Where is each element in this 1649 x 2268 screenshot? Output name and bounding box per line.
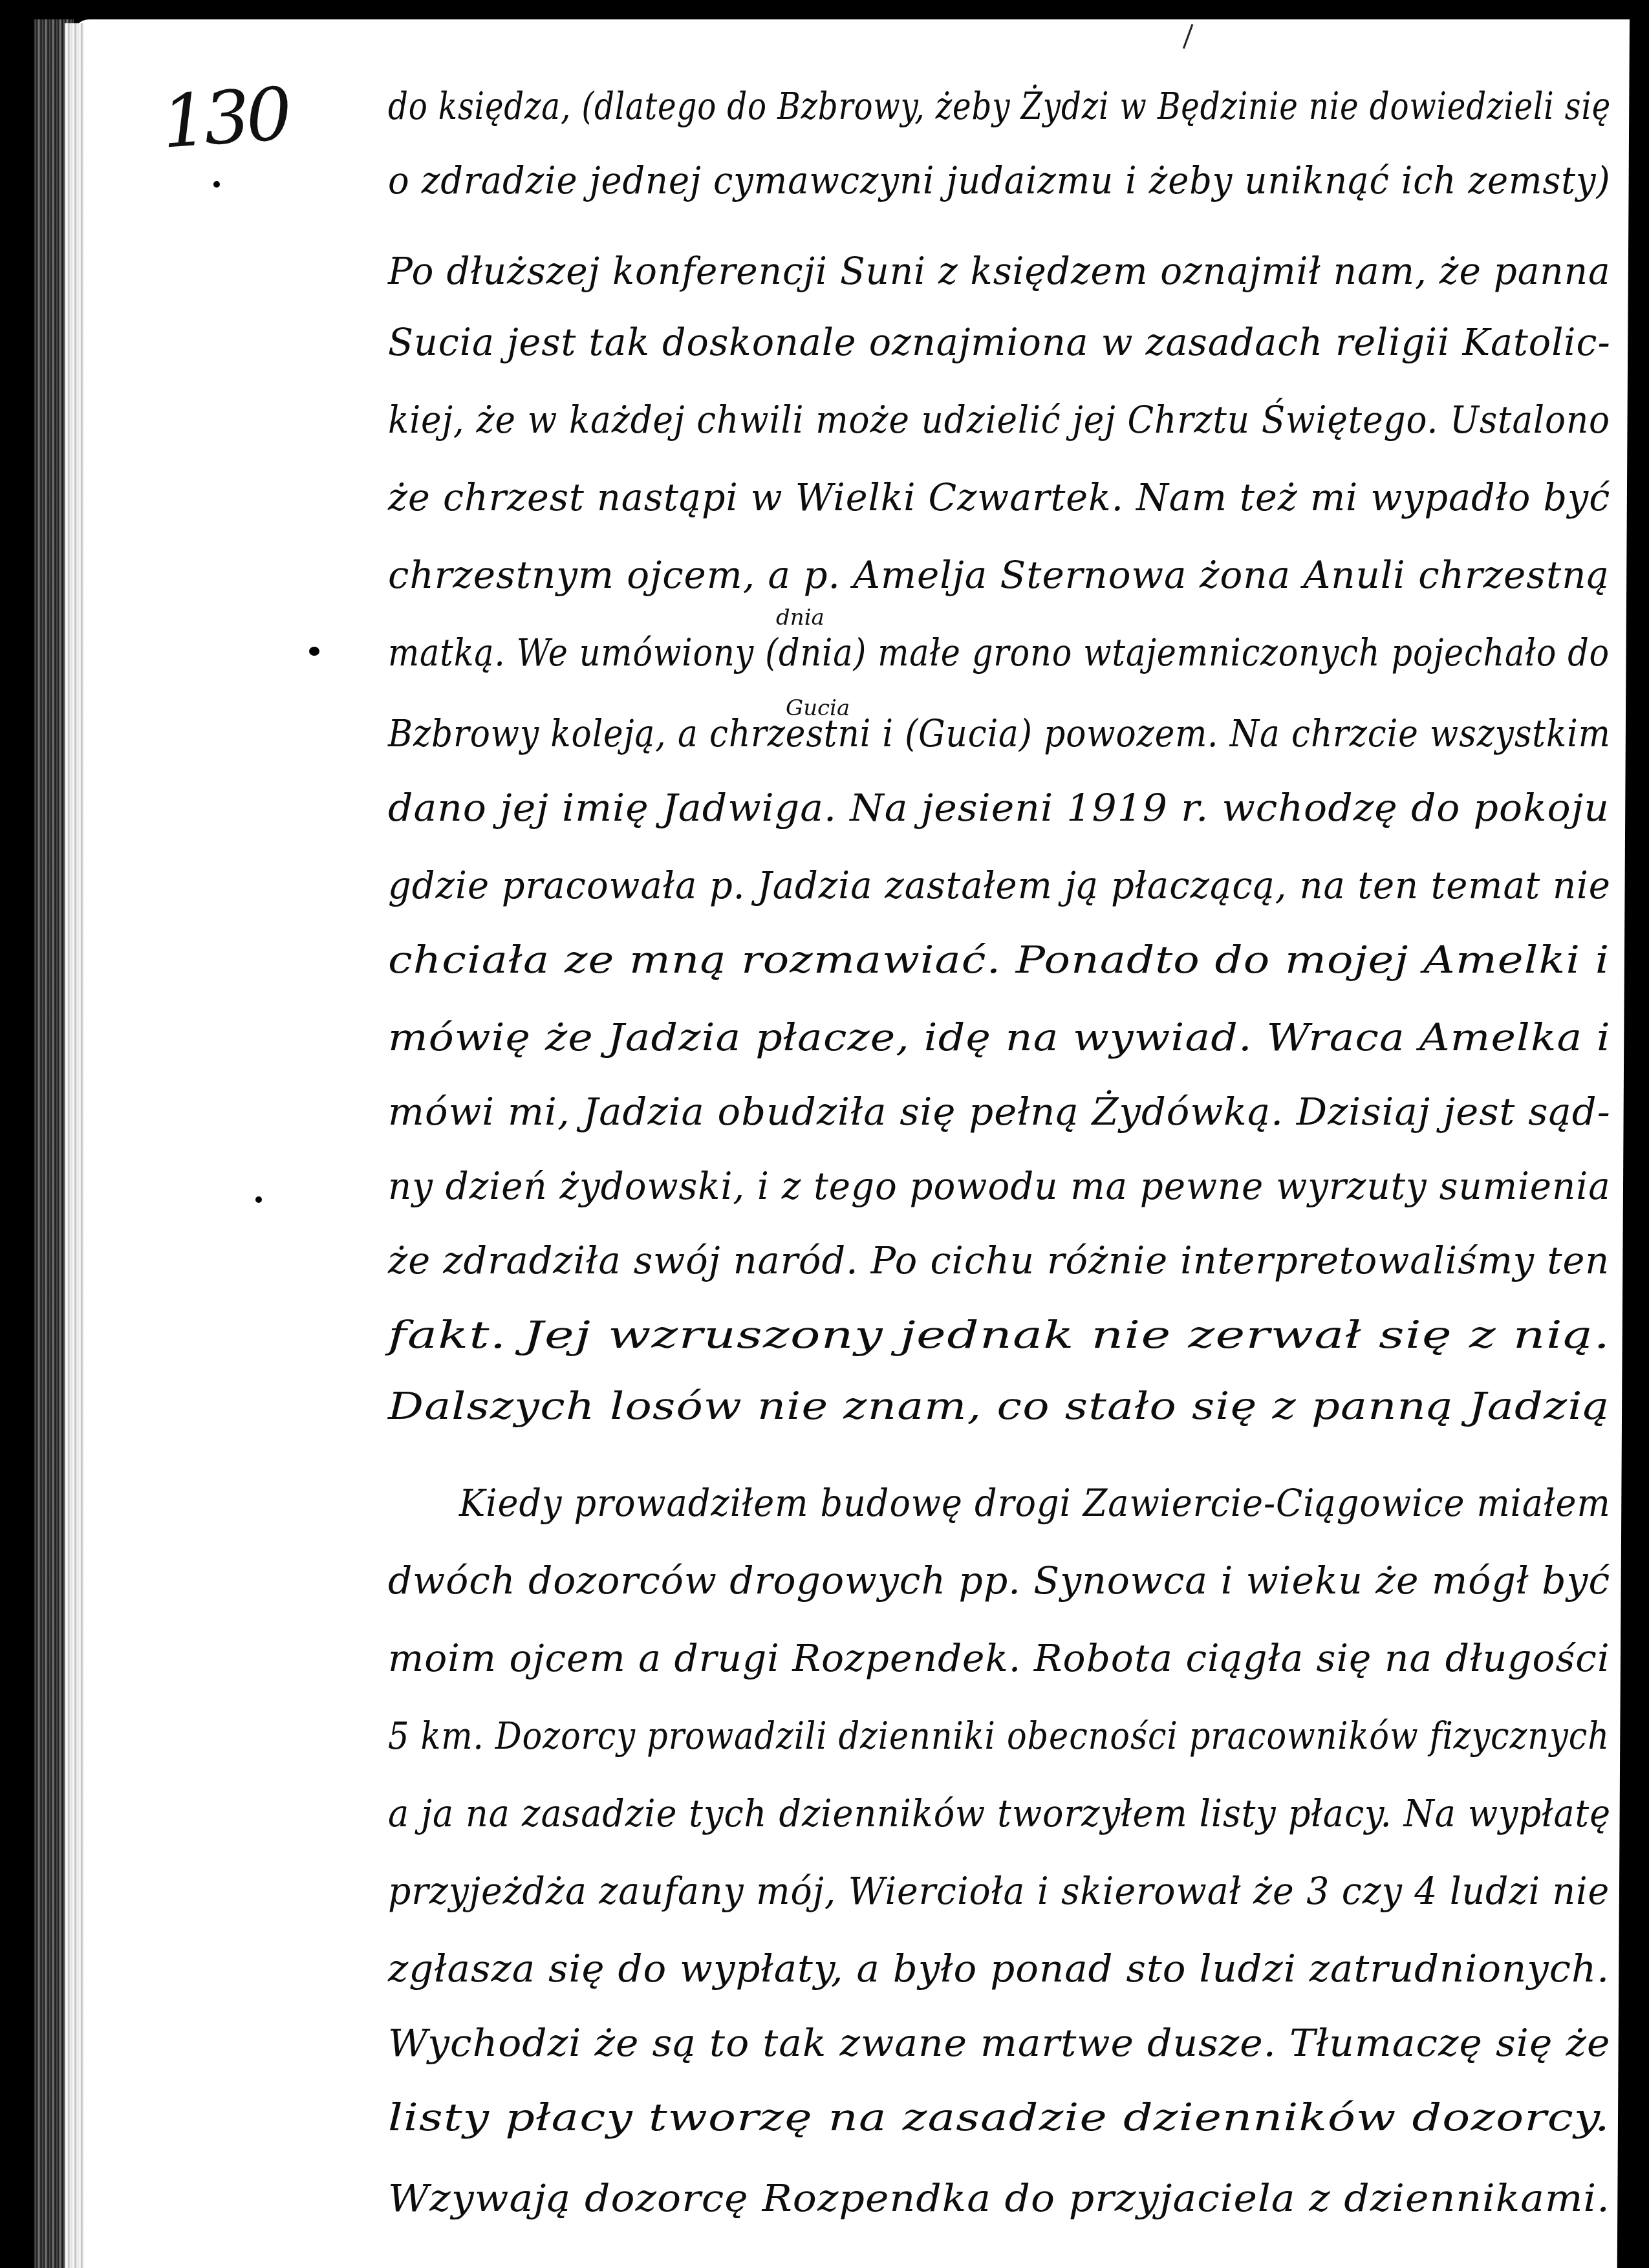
text-line: listy płacy tworzę na zasadzie dziennikó…	[388, 2095, 1610, 2139]
text-line: Wzywają dozorcę Rozpendka do przyjaciela…	[388, 2176, 1610, 2220]
page-number: 130	[159, 72, 291, 164]
text-line: Dalszych losów nie znam, co stało się z …	[388, 1384, 1610, 1428]
text-line: zgłasza się do wypłaty, a było ponad sto…	[388, 1947, 1610, 1991]
text-line: że zdradziła swój naród. Po cichu różnie…	[388, 1238, 1610, 1282]
interlinear-insertion-dnia: dnia	[776, 605, 824, 631]
text-line: gdzie pracowała p. Jadzia zastałem ją pł…	[388, 863, 1611, 907]
text-line: a ja na zasadzie tych dzienników tworzył…	[388, 1791, 1611, 1835]
text-line: Bzbrowy koleją, a chrzestni i (Gucia) po…	[388, 711, 1611, 755]
text-line: kiej, że w każdej chwili może udzielić j…	[388, 398, 1610, 442]
ink-speck	[309, 647, 319, 656]
text-line: dano jej imię Jadwiga. Na jesieni 1919 r…	[388, 786, 1610, 830]
ink-speck	[213, 181, 220, 188]
text-line: matką. We umówiony (dnia) małe grono wta…	[388, 631, 1610, 675]
ink-speck	[255, 1196, 262, 1203]
text-line: moim ojcem a drugi Rozpendek. Robota cią…	[388, 1636, 1610, 1680]
text-line: mówi mi, Jadzia obudziła się pełną Żydów…	[388, 1090, 1611, 1134]
text-line: o zdradzie jednej cymawczyni judaizmu i …	[388, 158, 1611, 202]
text-line: Wychodzi że są to tak zwane martwe dusze…	[388, 2021, 1610, 2065]
text-line: Sucia jest tak doskonale oznajmiona w za…	[388, 320, 1611, 364]
text-line: chciała ze mną rozmawiać. Ponadto do moj…	[388, 938, 1610, 982]
interlinear-insertion-gucia: Gucia	[786, 695, 850, 721]
text-line: Kiedy prowadziłem budowę drogi Zawiercie…	[459, 1481, 1611, 1525]
text-line: Po dłuższej konferencji Suni z księdzem …	[388, 249, 1611, 293]
text-line: że chrzest nastąpi w Wielki Czwartek. Na…	[388, 475, 1610, 519]
text-line: przyjeżdża zaufany mój, Wiercioła i skie…	[388, 1869, 1610, 1913]
text-line: fakt. Jej wzruszony jednak nie zerwał si…	[388, 1313, 1610, 1357]
page-gutter	[65, 23, 84, 2268]
text-line: dwóch dozorców drogowych pp. Synowca i w…	[388, 1559, 1610, 1603]
text-line: 5 km. Dozorcy prowadzili dzienniki obecn…	[388, 1714, 1610, 1758]
text-line: mówię że Jadzia płacze, idę na wywiad. W…	[388, 1015, 1611, 1059]
text-line: do księdza, (dlatego do Bzbrowy, żeby Ży…	[388, 84, 1611, 128]
text-line: chrzestnym ojcem, a p. Amelja Sternowa ż…	[388, 553, 1610, 597]
text-line: ny dzień żydowski, i z tego powodu ma pe…	[388, 1164, 1611, 1208]
